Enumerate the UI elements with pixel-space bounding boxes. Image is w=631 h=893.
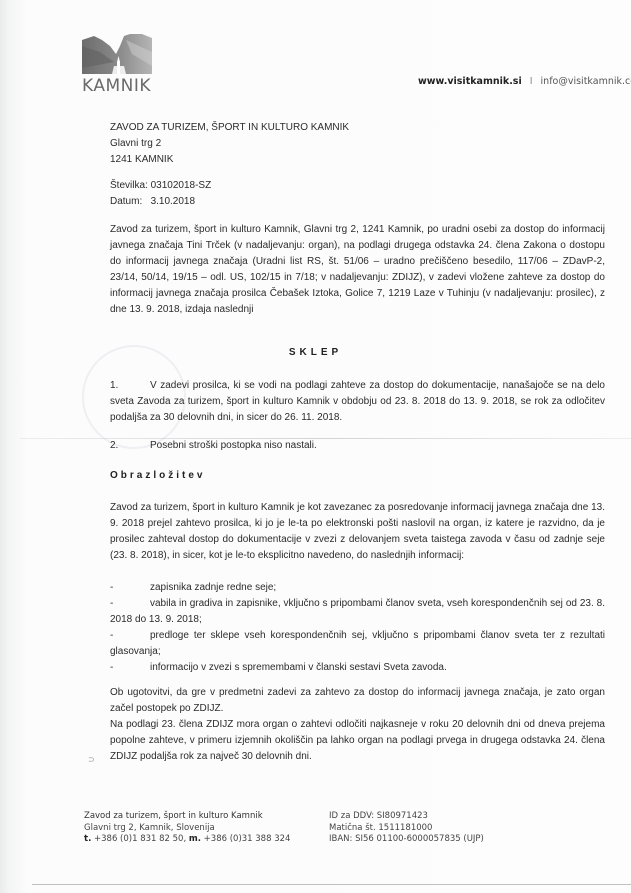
- sklep-item-1: 1.V zadevi prosilca, ki se vodi na podla…: [110, 378, 605, 426]
- footer-phones: t. +386 (0)1 831 82 50, m. +386 (0)31 38…: [84, 834, 290, 846]
- item-number: 2.: [110, 438, 150, 454]
- obrazlozitev-paragraph-1: Zavod za turizem, šport in kulturo Kamni…: [110, 500, 605, 564]
- obrazlozitev-paragraph-3: Na podlagi 23. člena ZDIJZ mora organ o …: [110, 717, 605, 765]
- item-text: V zadevi prosilca, ki se vodi na podlagi…: [110, 380, 605, 423]
- footer-organization: Zavod za turizem, šport in kulturo Kamni…: [84, 811, 290, 846]
- document-meta: Številka: 03102018-SZ Datum: 3.10.2018: [110, 178, 605, 210]
- address-line-2: Glavni trg 2: [110, 136, 605, 152]
- list-item: -predloge ter sklepe vseh korespondenčni…: [110, 628, 605, 660]
- address-line-3: 1241 KAMNIK: [110, 152, 605, 168]
- list-item: -informacijo v zvezi s spremembami v čla…: [110, 660, 605, 676]
- item-number: 1.: [110, 378, 150, 394]
- footer-address: Glavni trg 2, Kamnik, Slovenija: [84, 823, 290, 835]
- document-date: Datum: 3.10.2018: [110, 194, 605, 210]
- footer-mobile: +386 (0)31 388 324: [204, 834, 291, 844]
- page-edge-line: [32, 884, 631, 885]
- footer-reg-no: Matična št. 1511181000: [329, 823, 484, 835]
- logo-text: KAMNIK: [82, 76, 151, 96]
- footer-iban: IBAN: SI56 01100-6000057835 (UJP): [329, 834, 484, 846]
- footer-phone: +386 (0)1 831 82 50,: [94, 834, 186, 844]
- recipient-address: ZAVOD ZA TURIZEM, ŠPORT IN KULTURO KAMNI…: [110, 120, 605, 168]
- sklep-item-2: 2.Posebni stroški postopka niso nastali.: [110, 438, 605, 454]
- footer-vat: ID za DDV: SI80971423: [329, 811, 484, 823]
- separator: I: [530, 76, 533, 87]
- requested-info-list: -zapisnika zadnje redne seje; -vabila in…: [110, 580, 605, 676]
- document-page: KAMNIK www.visitkamnik.siIinfo@visitkamn…: [0, 0, 631, 893]
- email-link[interactable]: info@visitkamnik.com: [541, 76, 631, 87]
- website-link[interactable]: www.visitkamnik.si: [418, 76, 522, 87]
- address-line-1: ZAVOD ZA TURIZEM, ŠPORT IN KULTURO KAMNI…: [110, 120, 605, 136]
- header-contact: www.visitkamnik.siIinfo@visitkamnik.com: [418, 76, 631, 87]
- footer-registration: ID za DDV: SI80971423 Matična št. 151118…: [329, 811, 484, 846]
- list-item: -vabila in gradiva in zapisnike, vključn…: [110, 596, 605, 628]
- list-item: -zapisnika zadnje redne seje;: [110, 580, 605, 596]
- sklep-heading: SKLEP: [0, 347, 631, 358]
- obrazlozitev-paragraph-2: Ob ugotovitvi, da gre v predmetni zadevi…: [110, 685, 605, 717]
- intro-paragraph: Zavod za turizem, šport in kulturo Kamni…: [110, 222, 605, 318]
- document-number: Številka: 03102018-SZ: [110, 178, 605, 194]
- obrazlozitev-heading: Obrazložitev: [110, 470, 205, 481]
- footer-org-name: Zavod za turizem, šport in kulturo Kamni…: [84, 811, 290, 823]
- margin-mark: ⊃: [88, 755, 95, 764]
- item-text: Posebni stroški postopka niso nastali.: [150, 440, 317, 451]
